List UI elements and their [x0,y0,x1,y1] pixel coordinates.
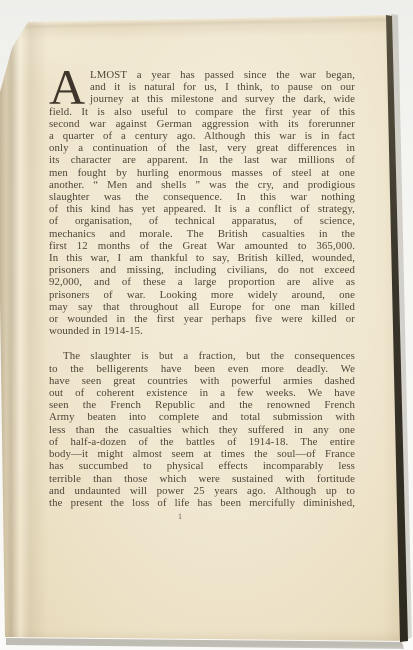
drop-cap: A [49,69,90,105]
text-line: another. “ Men and shells ” was the cry,… [49,179,355,191]
text-line: to the belligerents have been even more … [49,363,355,375]
text-line: or wounded in the first year perhaps fiv… [49,313,355,325]
page-number: 1 [170,512,190,522]
text-line: prisoners of war. Looking more widely ar… [49,289,355,301]
text-block: ALMOST a year has passed since the war b… [49,69,355,509]
book-photo: ALMOST a year has passed since the war b… [0,0,413,650]
text-line: may say that throughout all Europe for o… [49,301,355,313]
text-line: of organisation, of technical apparatus,… [49,215,355,227]
text-line: the present the loss of life has been me… [49,497,355,509]
text-line: mechanics and morale. The British casual… [49,228,355,240]
paragraph: ALMOST a year has passed since the war b… [49,69,355,337]
text-line: The slaughter is but a fraction, but the… [49,350,355,362]
text-line: terrible than those which were sustained… [49,473,355,485]
text-line: and undaunted will power 25 years ago. A… [49,485,355,497]
text-line: LMOST a year has passed since the war be… [49,69,355,81]
text-line: men fought by hurling enormous masses of… [49,167,355,179]
text-line: second war against German aggression wit… [49,118,355,130]
text-line: out of coherent existence in a few weeks… [49,387,355,399]
text-line: have seen great countries with powerful … [49,375,355,387]
text-line: body—it might almost seem at times the s… [49,448,355,460]
text-line: its character are apparent. In the last … [49,154,355,166]
page-gutter-shading [0,0,48,650]
text-line: and it is natural for us, I think, to pa… [49,81,355,93]
page-top-crease [0,6,413,42]
text-line: of this kind has yet appeared. It is a c… [49,203,355,215]
paragraph: The slaughter is but a fraction, but the… [49,350,355,509]
text-line: first 12 months of the Great War amounte… [49,240,355,252]
text-line: less than the casualties which they suff… [49,424,355,436]
text-line: slaughter was the consequence. In this w… [49,191,355,203]
text-line: journey at this milestone and survey the… [49,93,355,105]
text-line: only a continuation of the last, very gr… [49,142,355,154]
text-line: a quarter of a century ago. Although thi… [49,130,355,142]
text-line: of half-a-dozen of the battles of 1914-1… [49,436,355,448]
text-line: field. It is also useful to compare the … [49,106,355,118]
text-line: wounded in 1914-15. [49,325,355,337]
text-line: seen the French Republic and the renowne… [49,399,355,411]
text-line: has succumbed to physical effects incomp… [49,460,355,472]
text-line: In this war, I am thankful to say, Briti… [49,252,355,264]
text-line: prisoners and missing, including civilia… [49,264,355,276]
text-line: 92,000, and of these a large proportion … [49,276,355,288]
text-line: Army beaten into complete and total subm… [49,411,355,423]
